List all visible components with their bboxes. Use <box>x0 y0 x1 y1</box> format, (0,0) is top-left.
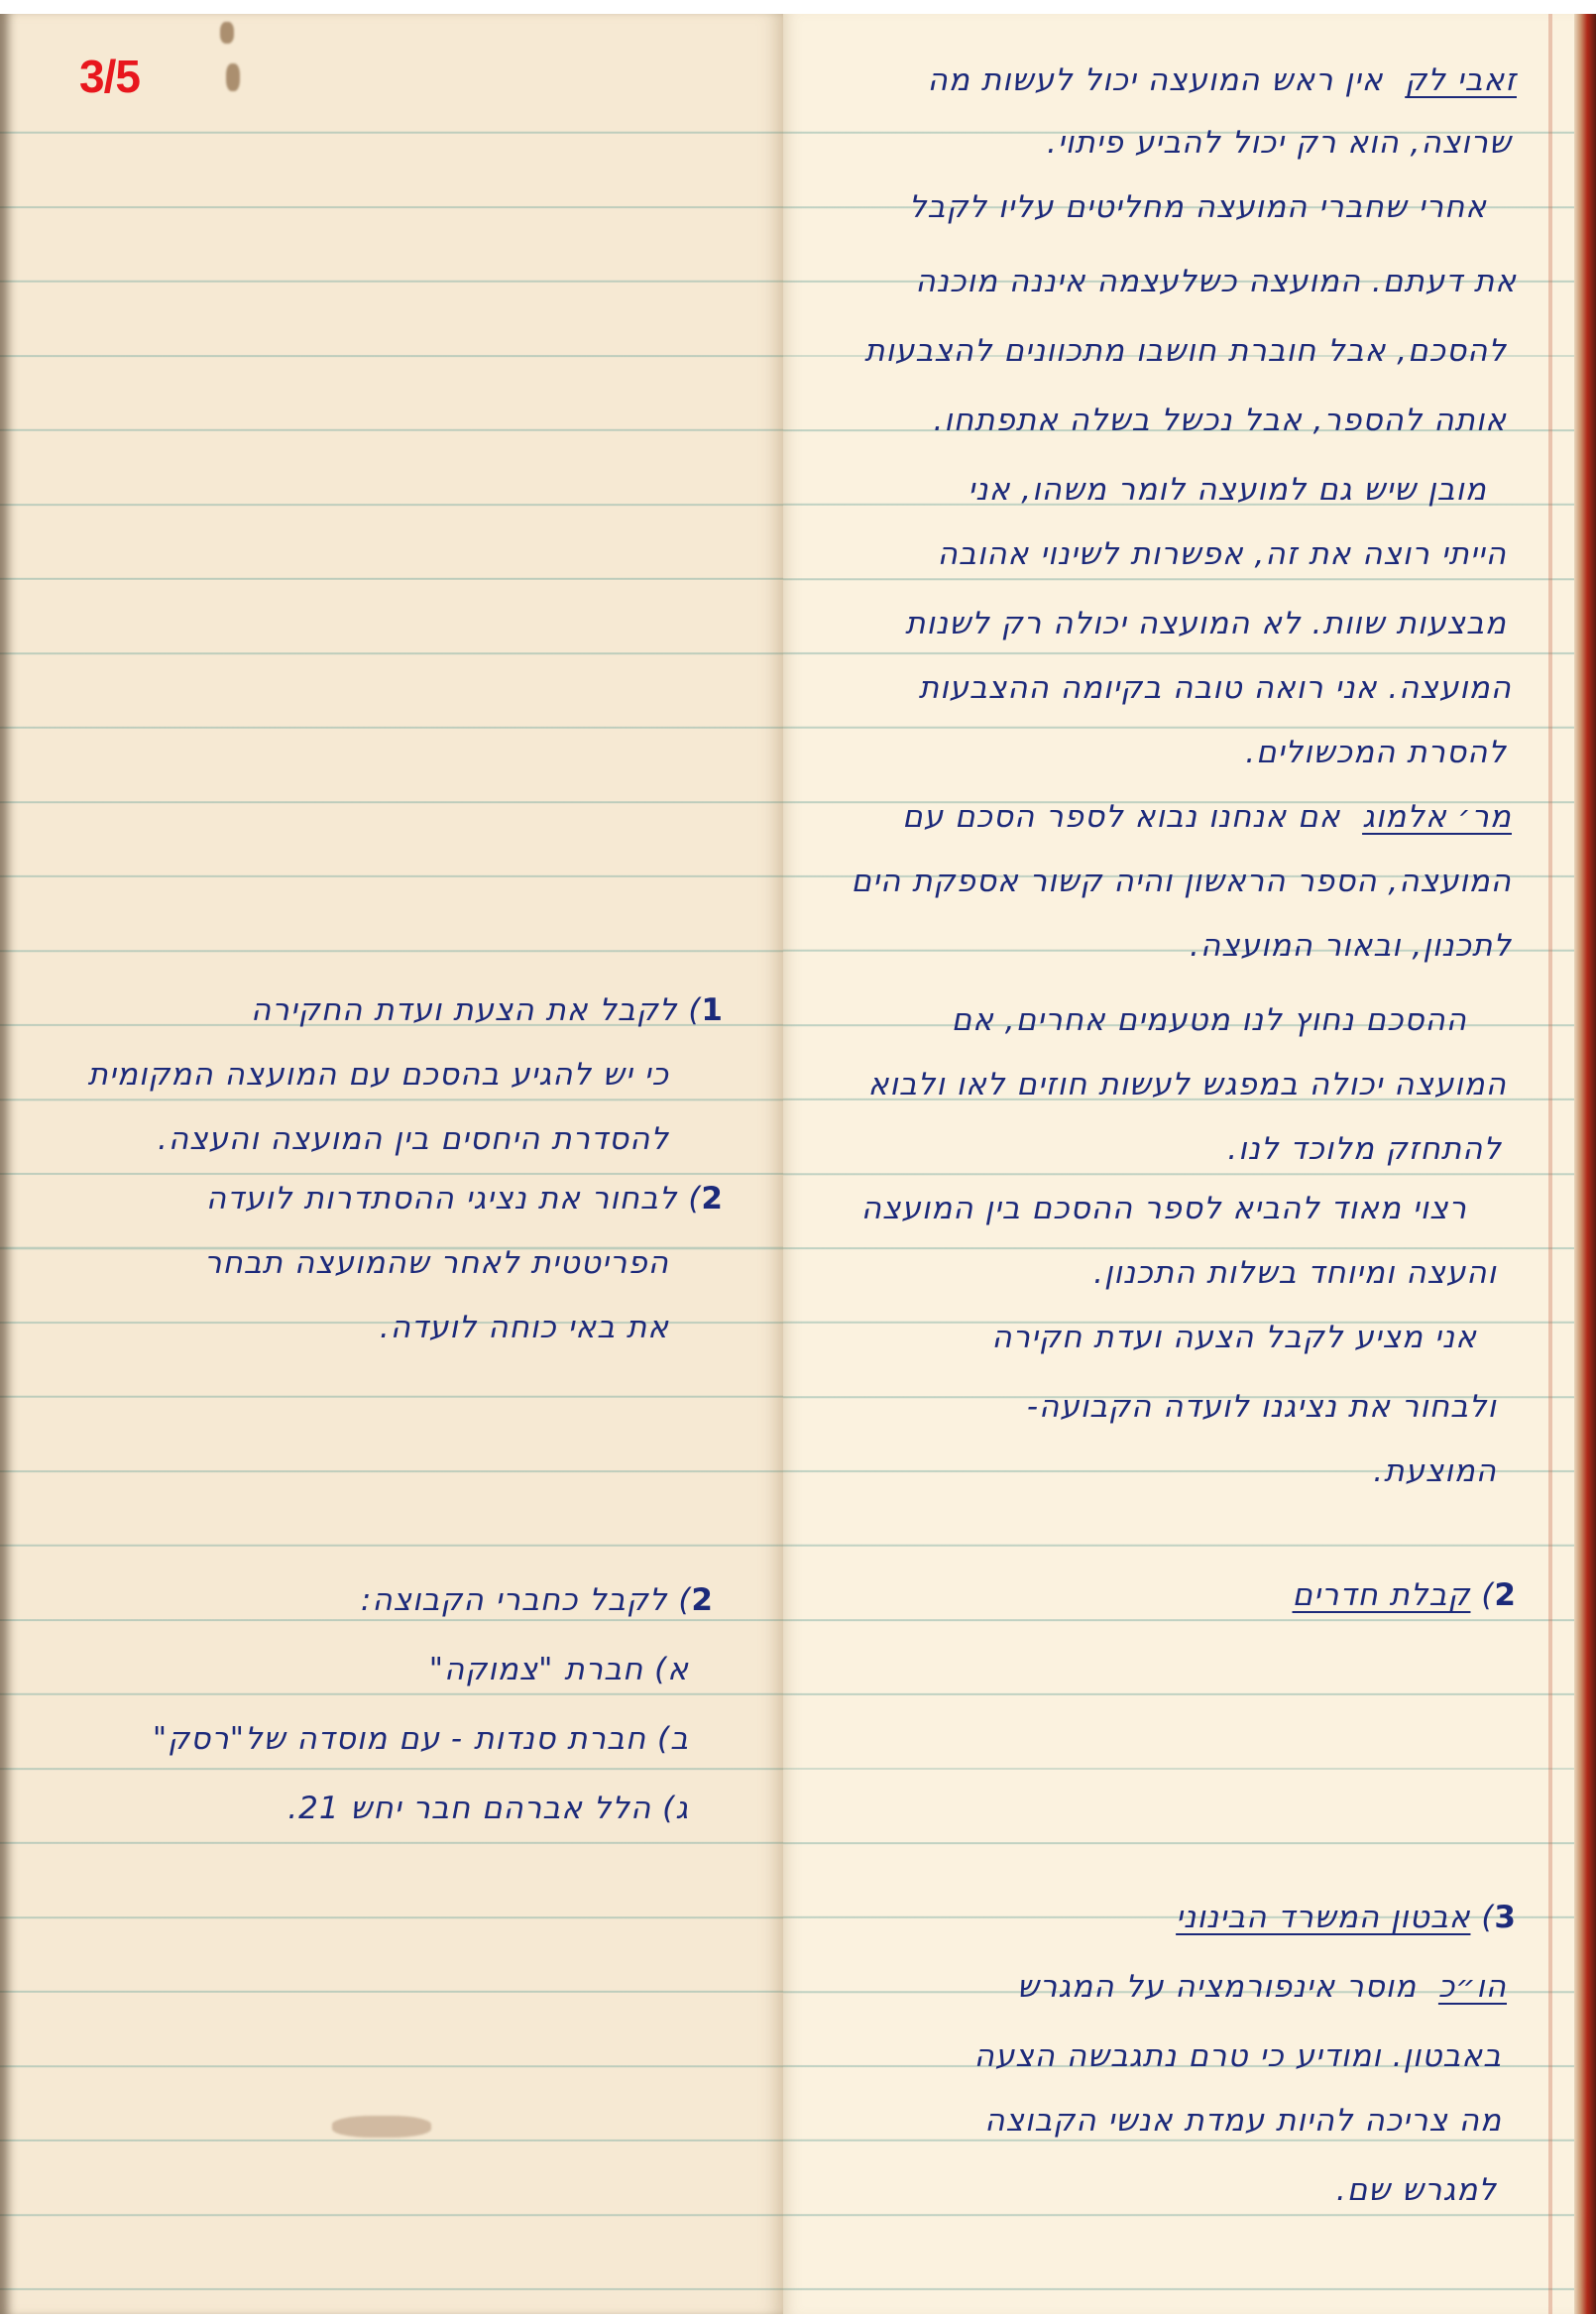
right-line-4: את דעתם. המועצה כשלעצמה איננה מוכנה <box>915 267 1517 297</box>
right-line-19: והעצה ומיוחד בשלות התכנון. <box>1093 1258 1497 1289</box>
resolution-2-line-1: 2) לבחור את נציגי ההסתדרות לועדה <box>206 1184 724 1215</box>
member-item-c: ג) הלל אברהם חבר יחש 21. <box>287 1794 689 1824</box>
section-3-line-2: באבטון. ומודיע כי טרם נתגבשה הצעה <box>974 2041 1502 2072</box>
right-line-6: אותה להספר, אבל נכשל בשלה אתפתחו. <box>933 405 1507 436</box>
section-3-line-4: למגרש שם. <box>1336 2175 1497 2206</box>
right-line-17: להתחזק מלוכד לנו. <box>1227 1134 1502 1165</box>
resolution-2-line-2: הפריטטית לאחר שהמועצה תבחר <box>204 1248 669 1279</box>
right-page: זאבי לק אין ראש המועצה יכול לעשות מה שרו… <box>783 14 1596 2314</box>
right-line-12: מר׳ אלמוג אם אנחנו נבוא לספר הסכם עם <box>902 802 1512 833</box>
resolution-1-line-3: להסדרת היחסים בין המועצה והעצה. <box>158 1124 669 1155</box>
left-page: 3/5 1) לקבל את הצעת ועדת החקירה כי יש לה… <box>0 14 783 2314</box>
page-indicator: 3/5 <box>79 50 140 103</box>
right-line-2: שרוצה, הוא רק יכול להביע פיתוי. <box>1047 128 1512 159</box>
member-item-b: ב) חברת סנדות - עם מוסדה של"רסק" <box>153 1724 689 1755</box>
right-line-1: זאבי לק אין ראש המועצה יכול לעשות מה <box>928 65 1517 96</box>
right-line-9: מבצעות שוות. לא המועצה יכולה רק לשנות <box>905 609 1507 639</box>
right-line-18: רצוי מאוד להביא לספר ההסכם בין המועצה <box>861 1194 1467 1224</box>
resolution-2-line-3: את באי כוחה לועדה. <box>380 1313 669 1343</box>
right-line-10: המועצה. אני רואה טובה בקיומה ההצבעות <box>919 673 1512 704</box>
section-3-line-3: מה צריכה להיות עמדת אנשי הקבוצה <box>984 2106 1502 2137</box>
right-line-13: המועצה, הספר הראשון והיה קשור אספקת הים <box>852 867 1512 897</box>
ink-stain <box>220 22 234 44</box>
right-line-3: אחרי שחברי המועצה מחליטים עליו לקבל <box>909 192 1487 223</box>
ink-stain <box>226 63 240 91</box>
left-section-2-title: 2) לקבל כחברי הקבוצה: <box>361 1585 714 1616</box>
resolution-1-line-2: כי יש להגיע בהסכם עם המועצה המקומית <box>88 1060 669 1091</box>
right-line-16: המועצה יכולה במפגש לעשות חוזים לאו ולבוא <box>868 1070 1507 1101</box>
page-edge-stripe <box>1548 14 1552 2314</box>
notebook-spread: 3/5 1) לקבל את הצעת ועדת החקירה כי יש לה… <box>0 14 1596 2314</box>
right-line-14: לתכנון, ובאור המועצה. <box>1190 931 1512 962</box>
right-line-20: אני מציע לקבל הצעה ועדת חקירה <box>991 1323 1477 1353</box>
resolution-1-line-1: 1) לקבל את הצעת ועדת החקירה <box>251 995 724 1026</box>
right-line-11: להסרת המכשולים. <box>1245 738 1507 768</box>
right-line-5: להסכם, אבל חוברת חושבו מתכוונים להצבעות <box>864 336 1507 367</box>
right-section-3-heading: 3) אבטון המשרד הבינוני <box>1176 1903 1517 1933</box>
notebook-edge <box>1574 14 1596 2314</box>
right-line-7: מובן שיש גם למועצה לומר משהו, אני <box>968 475 1487 506</box>
right-section-2-heading: 2) קבלת חדרים <box>1293 1580 1517 1611</box>
member-item-a: א) חברת "צמוקה" <box>429 1655 689 1685</box>
right-line-21: ולבחור את נציגנו לועדה הקבועה- <box>1027 1392 1497 1423</box>
section-3-line-1: הו״כ מוסר אינפורמציה על המגרש <box>1017 1972 1507 2003</box>
right-line-15: ההסכם נחוץ לנו מטעמים אחרים, אם <box>952 1005 1467 1036</box>
ink-stain <box>332 2116 431 2138</box>
right-line-8: הייתי רוצה את זה, אפשרות לשינוי אהובה <box>938 539 1507 570</box>
right-line-22: המוצעת. <box>1373 1456 1497 1487</box>
